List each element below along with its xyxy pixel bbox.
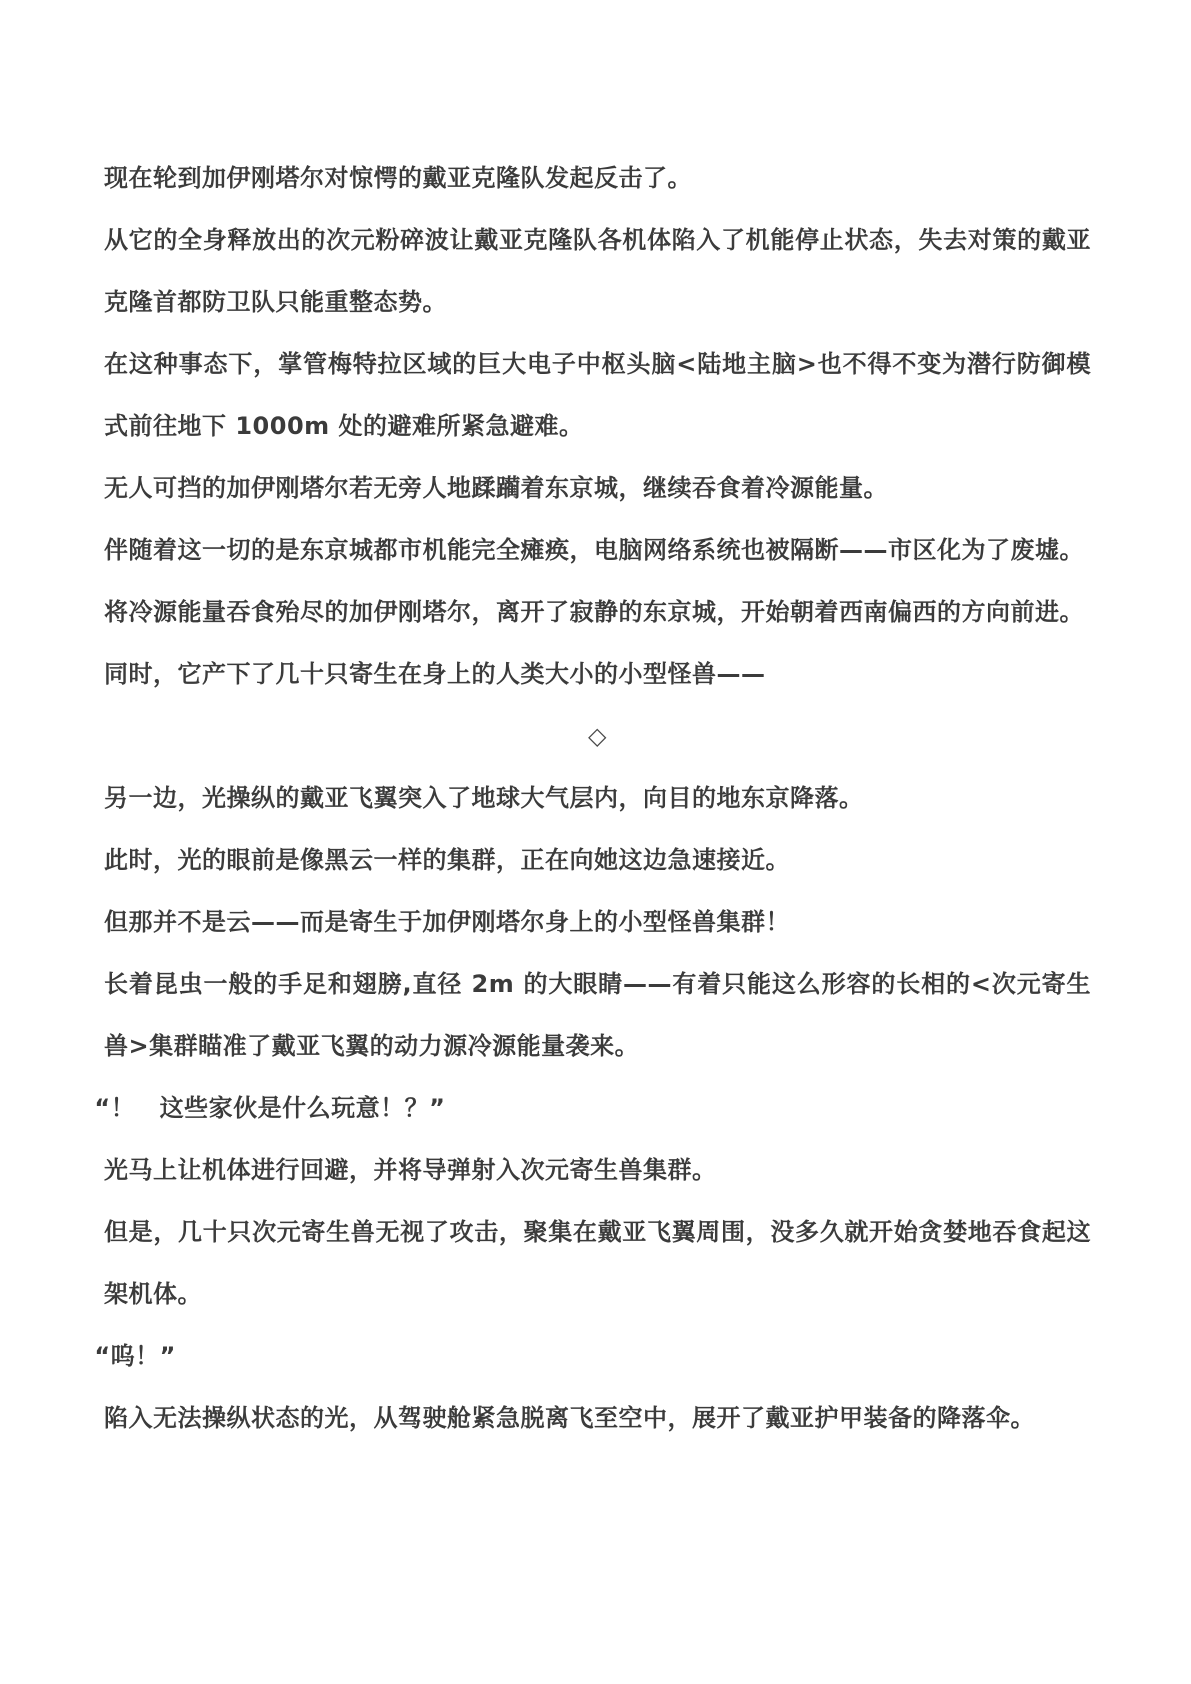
paragraph: 另一边，光操纵的戴亚飞翼突入了地球大气层内，向目的地东京降落。 bbox=[104, 767, 1091, 829]
paragraph: 光马上让机体进行回避，并将导弹射入次元寄生兽集群。 bbox=[104, 1139, 1091, 1201]
paragraph: 无人可挡的加伊刚塔尔若无旁人地蹂躏着东京城，继续吞食着冷源能量。 bbox=[104, 457, 1091, 519]
paragraph: 在这种事态下，掌管梅特拉区域的巨大电子中枢头脑<陆地主脑>也不得不变为潜行防御模… bbox=[104, 333, 1091, 457]
paragraph: 此时，光的眼前是像黑云一样的集群，正在向她这边急速接近。 bbox=[104, 829, 1091, 891]
paragraph: 从它的全身释放出的次元粉碎波让戴亚克隆队各机体陷入了机能停止状态，失去对策的戴亚… bbox=[104, 209, 1091, 333]
paragraph: 同时，它产下了几十只寄生在身上的人类大小的小型怪兽—— bbox=[104, 643, 1091, 705]
paragraph: 现在轮到加伊刚塔尔对惊愕的戴亚克隆队发起反击了。 bbox=[104, 147, 1091, 209]
novel-page: 现在轮到加伊刚塔尔对惊愕的戴亚克隆队发起反击了。 从它的全身释放出的次元粉碎波让… bbox=[0, 0, 1191, 1684]
text-column: 现在轮到加伊刚塔尔对惊愕的戴亚克隆队发起反击了。 从它的全身释放出的次元粉碎波让… bbox=[104, 147, 1091, 1449]
dialogue-line: “！ 这些家伙是什么玩意！？” bbox=[104, 1077, 1091, 1139]
paragraph: 但是，几十只次元寄生兽无视了攻击，聚集在戴亚飞翼周围，没多久就开始贪婪地吞食起这… bbox=[104, 1201, 1091, 1325]
scene-break-diamond-icon: ◇ bbox=[104, 705, 1091, 767]
paragraph: 但那并不是云——而是寄生于加伊刚塔尔身上的小型怪兽集群！ bbox=[104, 891, 1091, 953]
paragraph: 将冷源能量吞食殆尽的加伊刚塔尔，离开了寂静的东京城，开始朝着西南偏西的方向前进。 bbox=[104, 581, 1091, 643]
paragraph: 伴随着这一切的是东京城都市机能完全瘫痪，电脑网络系统也被隔断——市区化为了废墟。 bbox=[104, 519, 1091, 581]
paragraph: 陷入无法操纵状态的光，从驾驶舱紧急脱离飞至空中，展开了戴亚护甲装备的降落伞。 bbox=[104, 1387, 1091, 1449]
dialogue-line: “呜！” bbox=[104, 1325, 1091, 1387]
paragraph: 长着昆虫一般的手足和翅膀,直径 2m 的大眼睛——有着只能这么形容的长相的<次元… bbox=[104, 953, 1091, 1077]
